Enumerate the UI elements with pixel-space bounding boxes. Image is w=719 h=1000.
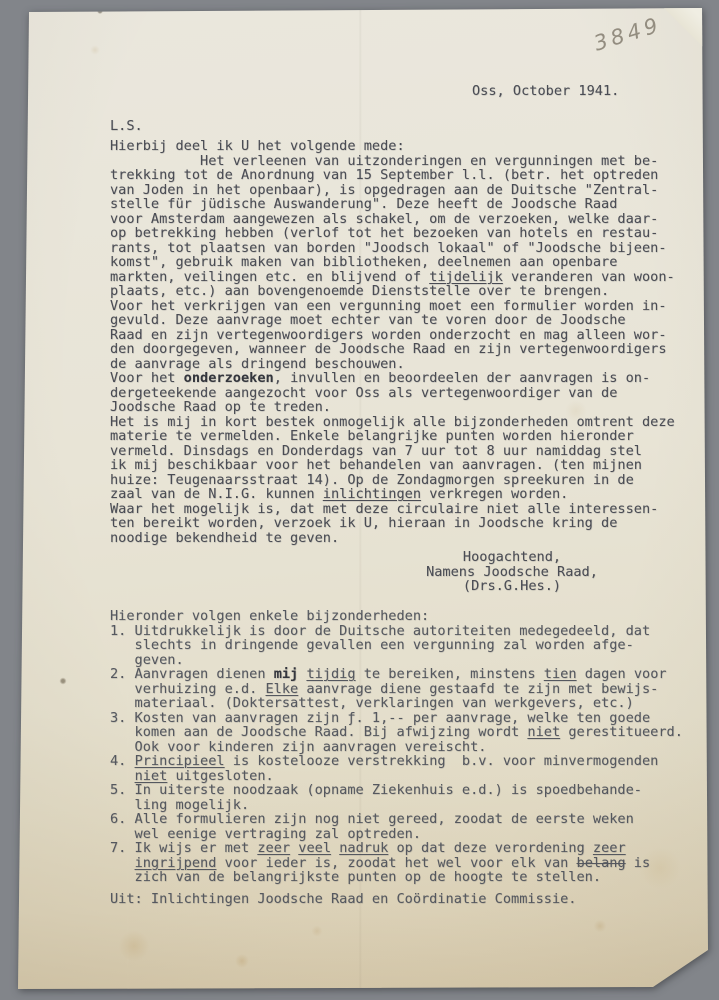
typed-line: noodige bekendheid te geven. — [110, 531, 675, 546]
typed-line: markten, veilingen etc. en blijvend of t… — [110, 270, 675, 285]
typed-line: stelle für jüdische Auswanderung". Deze … — [110, 197, 675, 212]
typed-line: 1. Uitdrukkelijk is door de Duitsche aut… — [110, 624, 683, 639]
typed-line: de aanvrage als dringend beschouwen. — [110, 357, 675, 372]
typed-line: Voor het verkrijgen van een vergunning m… — [110, 299, 675, 314]
photographed-document: 3849 Oss, October 1941. L.S. Hierbij dee… — [0, 0, 719, 1000]
typed-line: komst", gebruik maken van bibliotheken, … — [110, 255, 675, 270]
typed-line: komen aan de Joodsche Raad. Bij afwijzin… — [110, 725, 683, 740]
letter-paper: 3849 Oss, October 1941. L.S. Hierbij dee… — [16, 6, 708, 989]
typed-line: geven. — [110, 653, 683, 668]
typed-line: dergeteekende aangezocht voor Oss als ve… — [110, 386, 675, 401]
typed-line: gevuld. Deze aanvrage moet echter van te… — [110, 313, 675, 328]
numbered-details-list: Hieronder volgen enkele bijzonderheden:1… — [110, 609, 683, 885]
paper-shadow-wrap: 3849 Oss, October 1941. L.S. Hierbij dee… — [0, 0, 719, 1000]
letter-body: Hierbij deel ik U het volgende mede: Het… — [110, 139, 675, 545]
typed-line: zich van de belangrijkste punten op de h… — [110, 870, 683, 885]
typed-line: 4. Principieel is kostelooze verstrekkin… — [110, 754, 683, 769]
folded-corner — [662, 6, 708, 52]
typed-line: Het is mij in kort bestek onmogelijk all… — [110, 415, 675, 430]
typed-line: 5. In uiterste noodzaak (opname Ziekenhu… — [110, 783, 683, 798]
source-footer-line: Uit: Inlichtingen Joodsche Raad en Coörd… — [110, 891, 577, 907]
typed-line: ten bereikt worden, verzoek ik U, hieraa… — [110, 516, 675, 531]
typed-line: slechts in dringende gevallen een vergun… — [110, 638, 683, 653]
typed-line: plaats, etc.) aan bovengenoemde Dienstst… — [110, 284, 675, 299]
typed-line: op betrekking hebben (verlof tot het bez… — [110, 226, 675, 241]
typed-line: zaal van de N.I.G. kunnen inlichtingen v… — [110, 487, 675, 502]
typed-line: ingrijpend voor ieder is, zoodat het wel… — [110, 856, 683, 871]
typed-line: Hieronder volgen enkele bijzonderheden: — [110, 609, 683, 624]
pencil-archive-number: 3849 — [591, 12, 664, 55]
typed-line: wel eenige vertraging zal optreden. — [110, 827, 683, 842]
typed-line: materiaal. (Doktersattest, verklaringen … — [110, 696, 683, 711]
typed-line: ik mij beschikbaar voor het behandelen v… — [110, 458, 675, 473]
typed-line: voor Amsterdam aangewezen als schakel, o… — [110, 212, 675, 227]
salutation: L.S. — [110, 118, 143, 134]
typed-line: Voor het onderzoeken, invullen en beoord… — [110, 371, 675, 386]
signature-block: Hoogachtend, Namens Joodsche Raad, (Drs.… — [412, 550, 612, 594]
signature-closing: Hoogachtend, — [412, 550, 612, 565]
typed-line: Waar het mogelijk is, dat met deze circu… — [110, 502, 675, 517]
signature-name: (Drs.G.Hes.) — [412, 579, 612, 594]
typed-line: Het verleenen van uitzonderingen en verg… — [110, 154, 675, 169]
typed-line: 6. Alle formulieren zijn nog niet gereed… — [110, 812, 683, 827]
typed-line: Ook voor kinderen zijn aanvragen vereisc… — [110, 740, 683, 755]
typed-line: niet uitgesloten. — [110, 769, 683, 784]
typed-line: trekking tot de Anordnung van 15 Septemb… — [110, 168, 675, 183]
typed-line: huize: Teugenaarsstraat 14). Op de Zonda… — [110, 473, 675, 488]
typed-line: van Joden in het openbaar), is opgedrage… — [110, 183, 675, 198]
typed-line: 3. Kosten van aanvragen zijn ƒ. 1,-- per… — [110, 711, 683, 726]
typed-line: verhuizing e.d. Elke aanvrage diene gest… — [110, 682, 683, 697]
typed-line: materie te vermelden. Enkele belangrijke… — [110, 429, 675, 444]
signature-organisation: Namens Joodsche Raad, — [412, 565, 612, 580]
typed-line: Joodsche Raad op te treden. — [110, 400, 675, 415]
typed-line: ling mogelijk. — [110, 798, 683, 813]
typed-line: den doorgegeven, wanneer de Joodsche Raa… — [110, 342, 675, 357]
typed-line: 7. Ik wijs er met zeer veel nadruk op da… — [110, 841, 683, 856]
typed-line: Hierbij deel ik U het volgende mede: — [110, 139, 675, 154]
typed-line: vermeld. Dinsdags en Donderdags van 7 uu… — [110, 444, 675, 459]
typed-line: rants, tot plaatsen van borden "Joodsch … — [110, 241, 675, 256]
typed-line: Raad en zijn vertegenwoordigers worden o… — [110, 328, 675, 343]
date-line: Oss, October 1941. — [472, 83, 619, 99]
typed-line: 2. Aanvragen dienen mij tijdig te bereik… — [110, 667, 683, 682]
